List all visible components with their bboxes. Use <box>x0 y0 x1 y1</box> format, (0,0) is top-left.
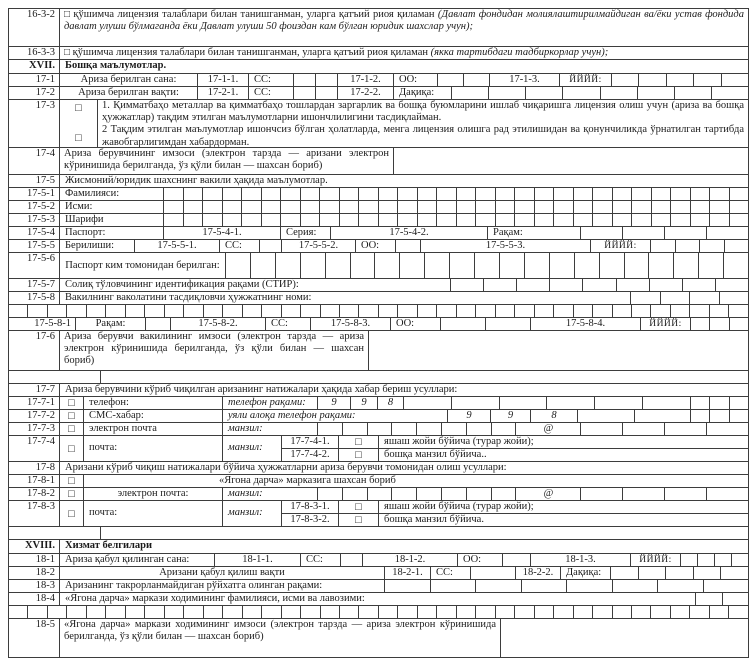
input-cell <box>700 240 725 252</box>
row-number: 17-2 <box>9 87 60 99</box>
hint-label: манзил: <box>223 423 318 435</box>
year-label: ЙЙЙЙ: <box>631 554 681 566</box>
row-17-7-1: 17-7-1 □ телефон: телефон рақами: 9 9 8 <box>9 397 748 410</box>
input-cell <box>375 253 400 278</box>
input-cell <box>203 214 223 226</box>
input-cell <box>351 253 376 278</box>
field-label: Аризани қабул қилиш вақти <box>60 567 385 579</box>
month-label: ОО: <box>356 240 396 252</box>
row-number: 17-7-4 <box>9 436 60 461</box>
input-cell <box>48 305 67 317</box>
subsection-title: Ариза берувчини кўриб чиқилган аризанинг… <box>60 384 748 396</box>
clause-text: □ қўшимча лицензия талаблари билан таниш… <box>60 9 748 46</box>
input-cell <box>223 305 242 317</box>
row-number: 17-5 <box>9 175 60 187</box>
input-cell <box>665 227 707 239</box>
input-cell-grid <box>260 240 282 252</box>
input-cell <box>464 74 489 86</box>
option-text: бошқа манзил бўйича.. <box>379 449 487 461</box>
input-cell <box>226 253 251 278</box>
input-cell <box>554 214 574 226</box>
input-cell <box>613 188 633 200</box>
input-cell <box>547 397 595 409</box>
row-number: 17-6 <box>9 331 60 370</box>
input-cell <box>396 240 420 252</box>
hint-label: уяли алоқа телефон рақами: <box>223 410 448 422</box>
field-code: 17-5-5-1. <box>135 240 220 252</box>
input-cell <box>418 214 438 226</box>
input-cell <box>242 214 262 226</box>
row-17-5-8-1: 17-5-8-1 Рақам: 17-5-8-2. СС: 17-5-8-3. … <box>9 318 748 331</box>
option-label: электрон почта <box>84 423 223 435</box>
hint-label: манзил: <box>223 436 282 461</box>
input-cell <box>496 188 516 200</box>
input-cell <box>691 201 711 213</box>
day-label: СС: <box>266 318 311 330</box>
field-label: Ариза қабул қилинган сана: <box>60 554 215 566</box>
input-cell <box>452 87 489 99</box>
signature-label: «Ягона дарча» маркази ходимининг имзоси … <box>60 619 501 657</box>
checkbox-icon: □ <box>68 476 75 486</box>
field-label: «Ягона дарча» маркази ходимининг фамилия… <box>60 593 696 605</box>
input-cell <box>476 580 522 592</box>
declaration-text: 1. Қимматбаҳо металлар ва қимматбаҳо тош… <box>98 100 748 147</box>
input-cell <box>320 201 340 213</box>
input-cell <box>441 318 486 330</box>
input-cell <box>715 554 732 566</box>
row-17-8-1: 17-8-1 □ «Ягона дарча» марказига шахсан … <box>9 475 748 488</box>
input-cell-grid <box>318 423 516 435</box>
input-cell <box>203 188 223 200</box>
input-cell <box>652 188 672 200</box>
checkbox-cell: □ <box>60 475 84 487</box>
input-cell <box>729 305 747 317</box>
input-cell <box>28 606 47 618</box>
row-number: 17-5-3 <box>9 214 60 226</box>
checkbox-cell: □ <box>339 514 379 526</box>
input-cell <box>665 488 707 500</box>
hint-label: манзил: <box>223 488 318 500</box>
input-cell-grid <box>578 410 691 422</box>
number-label: Рақам: <box>488 227 581 239</box>
input-cell <box>262 305 281 317</box>
input-cell <box>515 214 535 226</box>
input-cell <box>710 410 729 422</box>
input-cell <box>106 606 125 618</box>
input-cell <box>721 567 748 579</box>
row-18-1: 18-1 Ариза қабул қилинган сана: 18-1-1. … <box>9 554 748 567</box>
input-cell <box>707 423 748 435</box>
input-cell <box>301 253 326 278</box>
input-cell <box>392 488 417 500</box>
input-cell <box>632 214 652 226</box>
input-cell-grid <box>9 305 748 317</box>
row-number: 17-7-3 <box>9 423 60 435</box>
row-number: 16-3-3 <box>9 47 60 59</box>
input-cell <box>437 606 456 618</box>
input-cell <box>260 240 281 252</box>
row-17-1: 17-1 Ариза берилган сана: 17-1-1. СС: 17… <box>9 74 748 87</box>
option-label: почта: <box>84 436 223 461</box>
input-cell <box>418 188 438 200</box>
input-cell <box>301 305 320 317</box>
checkbox-icon: □ <box>64 10 70 20</box>
input-cell <box>475 253 500 278</box>
month-label: ОО: <box>458 554 503 566</box>
input-cell <box>681 554 698 566</box>
input-cell <box>690 292 720 304</box>
input-cell <box>262 214 282 226</box>
field-code: 17-1-3. <box>490 74 560 86</box>
input-cell <box>623 488 665 500</box>
field-label: Исми: <box>60 201 164 213</box>
input-cell <box>262 606 281 618</box>
field-code: 17-5-8-3. <box>311 318 391 330</box>
input-cell <box>368 423 393 435</box>
field-label: Солиқ тўловчининг идентификация рақами (… <box>60 279 451 291</box>
option-text: яшаш жойи бўйича (турар жойи); <box>379 501 534 513</box>
input-cell <box>704 580 749 592</box>
field-code: 17-5-4-1. <box>164 227 281 239</box>
row-note-3 <box>9 527 748 540</box>
field-label: Аризанинг такрорланмайдиган рўйхатга оли… <box>60 580 385 592</box>
address-option-1: 17-8-3-1. □ яшаш жойи бўйича (турар жойи… <box>282 501 748 514</box>
input-cell-grid <box>581 227 748 239</box>
input-cell <box>652 201 672 213</box>
input-cell <box>320 214 340 226</box>
field-code: 17-1-2. <box>338 74 394 86</box>
input-cell <box>707 488 748 500</box>
input-cell <box>467 488 492 500</box>
hint-label: манзил: <box>223 501 282 526</box>
input-cell <box>242 188 262 200</box>
option-label: почта: <box>84 501 223 526</box>
field-code: 18-1-2. <box>363 554 458 566</box>
input-cell <box>720 292 749 304</box>
row-18-4: 18-4 «Ягона дарча» маркази ходимининг фа… <box>9 593 748 606</box>
input-cell <box>611 567 639 579</box>
input-cell <box>438 74 464 86</box>
input-cell <box>400 253 425 278</box>
input-cell <box>593 305 612 317</box>
input-cell <box>676 240 701 252</box>
input-cell <box>671 201 691 213</box>
input-cell-grid <box>581 423 748 435</box>
row-number: 18-3 <box>9 580 60 592</box>
section-header-17: XVII. Бошқа маълумотлар. <box>9 60 748 74</box>
input-cell <box>282 305 301 317</box>
input-cell <box>489 87 526 99</box>
input-cell <box>184 214 204 226</box>
row-17-5-4: 17-5-4 Паспорт: 17-5-4-1. Серия: 17-5-4-… <box>9 227 748 240</box>
row-17-8-2: 17-8-2 □ электрон почта: манзил: @ <box>9 488 748 501</box>
section-title: Хизмат белгилари <box>60 540 748 553</box>
input-cell <box>340 305 359 317</box>
row-number: 17-3 <box>9 100 60 147</box>
section-title: Бошқа маълумотлар. <box>60 60 748 73</box>
input-cell <box>667 74 694 86</box>
input-cell <box>691 214 711 226</box>
row-number: 16-3-2 <box>9 9 60 46</box>
field-code: 18-2-1. <box>385 567 431 579</box>
input-cell <box>146 318 170 330</box>
checkbox-cell: □ <box>339 436 379 448</box>
signature-box <box>369 331 748 370</box>
note-label <box>9 371 101 383</box>
input-cell <box>574 188 594 200</box>
input-cell <box>425 253 450 278</box>
input-cell <box>243 606 262 618</box>
input-cell <box>593 606 612 618</box>
input-cell <box>301 188 321 200</box>
year-label: ЙЙЙЙ: <box>591 240 651 252</box>
day-label: СС: <box>301 554 341 566</box>
signature-box <box>394 148 748 174</box>
input-cell <box>730 201 749 213</box>
checkbox-cell: □ <box>60 501 84 526</box>
input-cell <box>343 488 368 500</box>
input-cell-grid <box>294 74 338 86</box>
input-cell <box>574 214 594 226</box>
day-label: СС: <box>249 87 294 99</box>
row-17-5-3: 17-5-3 Шарифи <box>9 214 748 227</box>
input-cell <box>251 253 276 278</box>
note-text <box>101 371 748 383</box>
input-cell <box>496 214 516 226</box>
digit-cell: 9 <box>491 410 531 422</box>
checkbox-icon: □ <box>68 424 75 434</box>
clause-normal: қўшимча лицензия талаблари билан танишга… <box>73 9 437 20</box>
input-cell <box>500 253 525 278</box>
row-17-3: 17-3 □ □ 1. Қимматбаҳо металлар ва қимма… <box>9 100 748 148</box>
input-cell <box>732 554 748 566</box>
input-cell <box>340 201 360 213</box>
input-cell <box>535 606 554 618</box>
row-17-5-8: 17-5-8 Вакилнинг ваколатини тасдиқловчи … <box>9 292 748 305</box>
address-option-2: 17-8-3-2. □ бошқа манзил бўйича. <box>282 514 748 526</box>
month-label: ОО: <box>391 318 441 330</box>
note-text <box>101 527 748 539</box>
input-cell-grid <box>691 397 748 409</box>
input-cell-grid <box>226 253 748 278</box>
input-cell <box>294 74 316 86</box>
input-cell <box>316 87 337 99</box>
input-cell <box>613 606 632 618</box>
section-header-18: XVIII. Хизмат белгилари <box>9 540 748 554</box>
input-cell <box>730 397 748 409</box>
input-cell <box>437 201 457 213</box>
input-cell <box>632 201 652 213</box>
field-label: Ариза берилган вақти: <box>60 87 198 99</box>
input-cell <box>437 305 456 317</box>
input-cell <box>87 606 106 618</box>
row-number: 18-5 <box>9 619 60 657</box>
input-cell-grid <box>341 554 363 566</box>
field-label: Вакилнинг ваколатини тасдиқловчи ҳужжатн… <box>60 292 631 304</box>
input-cell <box>578 410 635 422</box>
input-cell <box>398 188 418 200</box>
row-number: 17-5-4 <box>9 227 60 239</box>
input-cell <box>301 606 320 618</box>
input-cell <box>476 201 496 213</box>
input-cell <box>316 74 337 86</box>
input-cell <box>321 606 340 618</box>
input-cell-grid <box>438 74 490 86</box>
input-cell <box>639 567 667 579</box>
input-cell <box>671 305 690 317</box>
input-cell <box>379 201 399 213</box>
field-label: Паспорт: <box>60 227 164 239</box>
field-code: 17-8-3-2. <box>282 514 339 526</box>
input-cell <box>204 606 223 618</box>
field-code: 17-1-1. <box>198 74 249 86</box>
field-code: 17-7-4-2. <box>282 449 339 461</box>
input-cell <box>340 606 359 618</box>
input-cell <box>503 554 530 566</box>
input-cell <box>632 188 652 200</box>
input-cell <box>165 305 184 317</box>
input-cell <box>691 410 710 422</box>
input-cell <box>710 201 730 213</box>
input-cell <box>710 397 729 409</box>
row-17-7-3: 17-7-3 □ электрон почта манзил: @ <box>9 423 748 436</box>
input-cell <box>320 188 340 200</box>
checkbox-cell: □ <box>60 423 84 435</box>
digit-cell: 8 <box>531 410 578 422</box>
input-cell-grid <box>651 240 748 252</box>
row-number: 17-8 <box>9 462 60 474</box>
input-cell <box>535 214 555 226</box>
input-cell <box>581 227 623 239</box>
input-cell-grid <box>681 554 748 566</box>
input-cell <box>9 606 28 618</box>
input-cell <box>649 253 674 278</box>
input-cell <box>340 188 360 200</box>
input-cell <box>359 305 378 317</box>
input-cell <box>398 201 418 213</box>
row-number: 17-8-3 <box>9 501 60 526</box>
input-cell <box>223 606 242 618</box>
input-cell <box>9 305 28 317</box>
input-cell <box>574 606 593 618</box>
input-cell <box>281 188 301 200</box>
row-number: 17-7-1 <box>9 397 60 409</box>
input-cell <box>476 606 495 618</box>
input-cell-grid <box>451 279 748 291</box>
checkbox-icon: □ <box>64 48 70 58</box>
input-cell <box>398 606 417 618</box>
input-cell <box>593 214 613 226</box>
input-cell <box>698 554 715 566</box>
input-cell <box>106 305 125 317</box>
input-cell-grid <box>696 593 748 605</box>
row-number: 17-7 <box>9 384 60 396</box>
input-cell <box>343 423 368 435</box>
input-cell <box>515 188 535 200</box>
document-page: 16-3-2 □ қўшимча лицензия талаблари била… <box>0 0 755 665</box>
input-cell <box>359 188 379 200</box>
input-cell <box>550 279 583 291</box>
input-cell <box>223 201 243 213</box>
input-cell <box>476 305 495 317</box>
input-cell <box>593 188 613 200</box>
option-text: «Ягона дарча» марказига шахсан бориб <box>84 475 748 487</box>
input-cell <box>535 305 554 317</box>
input-cell <box>638 87 675 99</box>
input-cell <box>451 279 484 291</box>
input-cell <box>683 279 716 291</box>
input-cell <box>522 580 568 592</box>
option-label: телефон: <box>84 397 223 409</box>
at-sign-cell: @ <box>516 423 581 435</box>
input-cell <box>164 201 184 213</box>
series-label: Серия: <box>281 227 331 239</box>
input-cell <box>496 606 515 618</box>
input-cell <box>710 188 730 200</box>
input-cell <box>359 201 379 213</box>
option-label: электрон почта: <box>84 488 223 500</box>
row-number: 17-4 <box>9 148 60 174</box>
field-label: Паспорт ким томонидан берилган: <box>60 253 226 278</box>
input-cell <box>417 423 442 435</box>
input-cell <box>301 214 321 226</box>
input-cell <box>517 279 550 291</box>
input-cell <box>203 201 223 213</box>
row-17-8: 17-8 Аризани кўриб чиқиш натижалари бўйи… <box>9 462 748 475</box>
input-cell <box>690 305 709 317</box>
input-cell <box>379 606 398 618</box>
input-cell <box>418 305 437 317</box>
input-cell <box>442 423 467 435</box>
input-cell <box>525 253 550 278</box>
input-cell <box>392 423 417 435</box>
input-cell <box>515 201 535 213</box>
input-cell <box>691 397 710 409</box>
input-cell <box>650 279 683 291</box>
input-cell <box>623 423 665 435</box>
input-cell <box>710 305 729 317</box>
input-cell <box>398 305 417 317</box>
input-cell <box>724 253 748 278</box>
form-table: 16-3-2 □ қўшимча лицензия талаблари била… <box>8 8 749 658</box>
field-code: 18-1-3. <box>531 554 631 566</box>
row-number: 17-5-8 <box>9 292 60 304</box>
row-number: 17-5-6 <box>9 253 60 278</box>
row-number: 18-4 <box>9 593 60 605</box>
input-cell-grid <box>164 201 748 213</box>
field-label: Шарифи <box>60 214 164 226</box>
digit-cell: 8 <box>378 397 404 409</box>
input-cell <box>593 201 613 213</box>
signature-label: Ариза берувчи вакилининг имзоси (электро… <box>60 331 369 370</box>
input-cell <box>666 567 694 579</box>
input-cell <box>710 606 729 618</box>
row-16-3-3: 16-3-3 □ қўшимча лицензия талаблари била… <box>9 47 748 60</box>
input-cell <box>710 318 729 330</box>
input-cell <box>431 580 477 592</box>
month-label: ОО: <box>394 74 438 86</box>
input-cell-grid <box>503 554 531 566</box>
field-code: 18-1-1. <box>215 554 301 566</box>
input-cell <box>730 318 748 330</box>
input-cell <box>242 201 262 213</box>
input-cell <box>730 410 748 422</box>
input-cell <box>467 423 492 435</box>
input-cell <box>457 214 477 226</box>
year-label: ЙЙЙЙ: <box>641 318 691 330</box>
input-cell <box>600 253 625 278</box>
blank-grid-row <box>9 606 748 619</box>
